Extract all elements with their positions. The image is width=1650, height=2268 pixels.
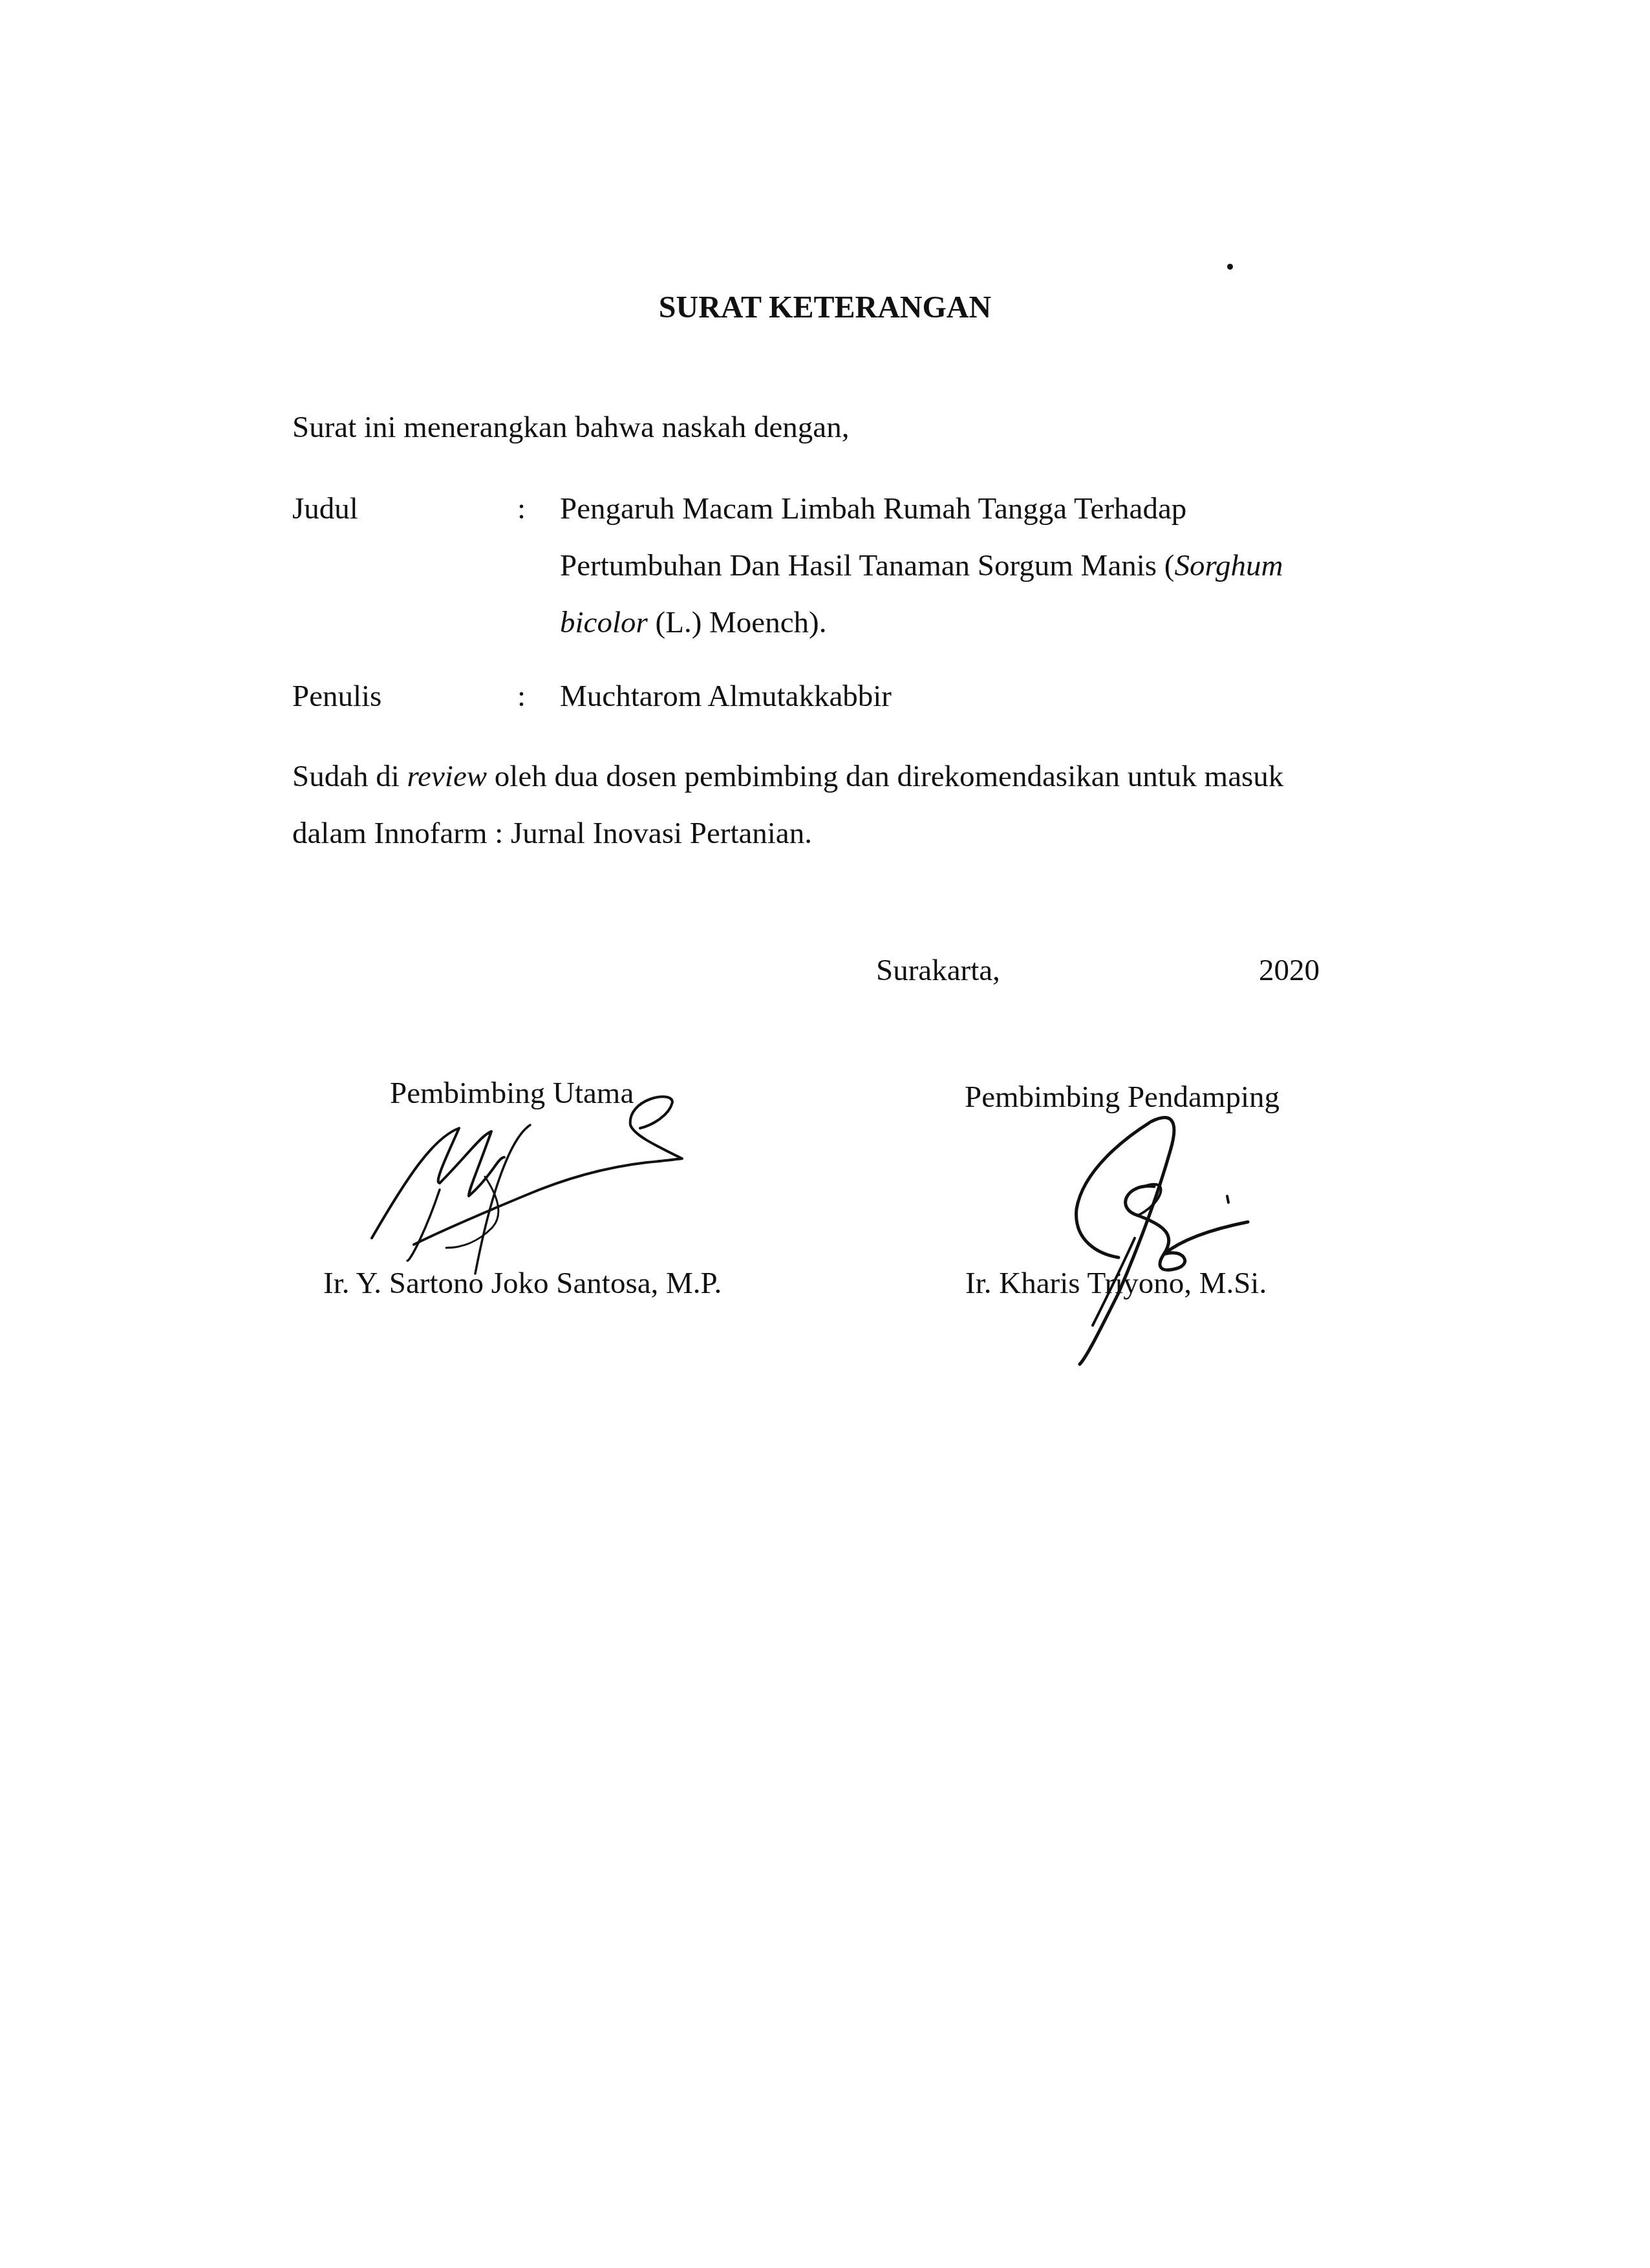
statement-review: review (407, 760, 487, 793)
statement-pre: Sudah di (292, 760, 407, 793)
statement-post: oleh dua dosen pembimbing dan direkomend… (487, 760, 1283, 793)
statement-line1: Sudah di review oleh dua dosen pembimbin… (292, 762, 1283, 792)
signatory-name-utama: Ir. Y. Sartono Joko Santosa, M.P. (323, 1268, 722, 1299)
field-value-judul-line2: Pertumbuhan Dan Hasil Tanaman Sorgum Man… (560, 551, 1283, 581)
field-label-judul: Judul (292, 494, 358, 524)
place: Surakarta, (876, 956, 1000, 986)
signatory-name-pendamping: Ir. Kharis Triyono, M.Si. (965, 1268, 1267, 1299)
statement-line2: dalam Innofarm : Jurnal Inovasi Pertania… (292, 818, 812, 849)
judul-authority: (L.) Moench). (648, 606, 827, 639)
judul-species: bicolor (560, 606, 648, 639)
judul-genus: Sorghum (1175, 549, 1283, 583)
document-title: SURAT KETERANGAN (0, 290, 1650, 325)
year: 2020 (1259, 956, 1320, 986)
field-separator-penulis: : (517, 681, 526, 712)
intro-text: Surat ini menerangkan bahwa naskah denga… (292, 412, 849, 443)
field-label-penulis: Penulis (292, 681, 381, 712)
field-separator-judul: : (517, 494, 526, 524)
signature-pendamping (970, 1099, 1358, 1358)
field-value-penulis: Muchtarom Almutakkabbir (560, 681, 892, 712)
field-value-judul-line3: bicolor (L.) Moench). (560, 608, 826, 638)
field-value-judul-line1: Pengaruh Macam Limbah Rumah Tangga Terha… (560, 494, 1186, 524)
scan-speck (1227, 264, 1233, 270)
signature-utama (336, 1099, 789, 1293)
judul-line2-text: Pertumbuhan Dan Hasil Tanaman Sorgum Man… (560, 549, 1175, 583)
